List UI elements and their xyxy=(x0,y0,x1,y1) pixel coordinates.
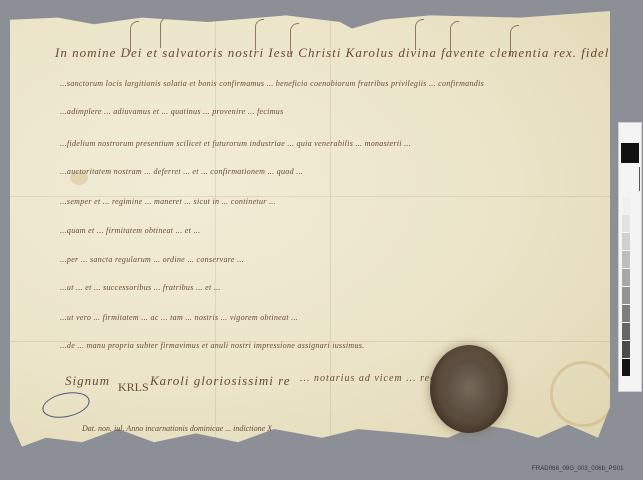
ruler-scale xyxy=(621,167,640,191)
gray-swatch xyxy=(622,341,630,358)
black-patch xyxy=(621,143,639,163)
gray-swatch xyxy=(622,359,630,376)
text-line: ...quam et ... firmitatem obtineat ... e… xyxy=(60,226,610,235)
text-line: ...adimplere ... adiuvamus et ... quatin… xyxy=(60,107,610,116)
gray-swatch xyxy=(622,323,630,340)
text-line: ...semper et ... regimine ... maneret ..… xyxy=(60,197,610,206)
text-line: ...auctoritatem nostram ... deferret ...… xyxy=(60,167,610,176)
text-line: ...ut ... et ... successoribus ... fratr… xyxy=(60,283,610,292)
text-line: ...sanctorum locis largitionis solatia e… xyxy=(60,79,610,88)
king-name: Karoli gloriosissimi regis xyxy=(150,373,290,389)
royal-monogram: KRLS xyxy=(118,380,149,395)
signum-label: Signum xyxy=(65,373,125,389)
text-line: ...de ... manu propria subter firmavimus… xyxy=(60,341,610,350)
text-line: ...fidelium nostrorum presentium scilice… xyxy=(60,139,610,148)
wax-seal xyxy=(430,345,508,433)
gray-swatch xyxy=(622,197,630,214)
gray-swatch xyxy=(622,215,630,232)
text-line: ...per ... sancta regularum ... ordine .… xyxy=(60,255,610,264)
charter-parchment: In nomine Dei et salvatoris nostri Iesu … xyxy=(10,11,610,451)
text-line-invocation: In nomine Dei et salvatoris nostri Iesu … xyxy=(55,45,610,61)
dating-clause: Dat. non. iul. Anno incarnationis domini… xyxy=(82,424,272,433)
stain-ring xyxy=(550,361,616,427)
gray-swatch xyxy=(622,269,630,286)
color-target-scale xyxy=(618,122,642,392)
gray-swatch xyxy=(622,305,630,322)
recognition-clause: ... notarius ad vicem ... recognovit xyxy=(300,373,440,384)
file-identifier: FRAD066_09G_003_006b_PS01 xyxy=(532,466,624,472)
gray-swatch xyxy=(622,233,630,250)
ascender-stroke xyxy=(160,17,169,48)
gray-swatch xyxy=(622,287,630,304)
seal-impression xyxy=(444,359,494,417)
gray-swatch xyxy=(622,251,630,268)
text-line: ...ut vero ... firmitatem ... ac ... tam… xyxy=(60,313,610,322)
